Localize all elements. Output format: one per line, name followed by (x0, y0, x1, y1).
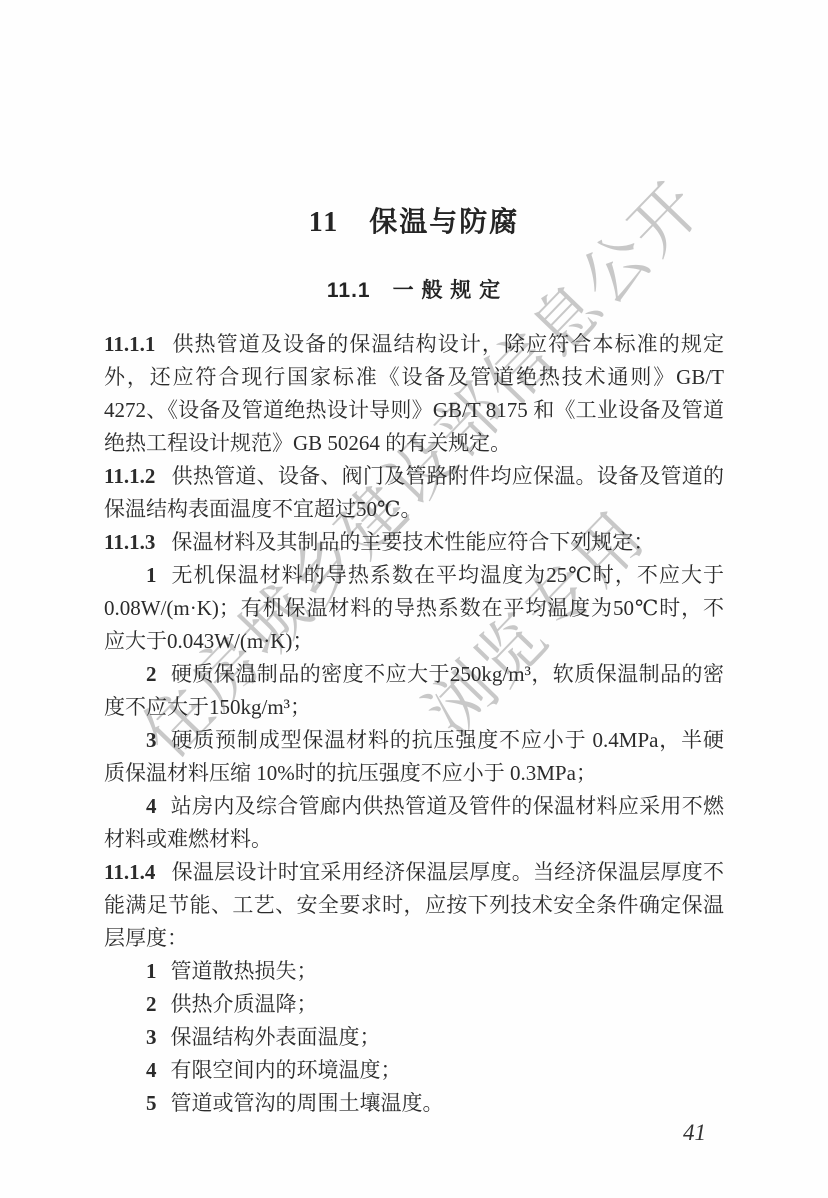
page-content: 11 保温与防腐 11.1 一 般 规 定 11.1.1供热管道及设备的保温结构… (104, 0, 724, 1120)
list-item: 3硬质预制成型保温材料的抗压强度不应小于 0.4MPa，半硬质保温材料压缩 10… (104, 724, 724, 790)
clause-number: 11.1.1 (104, 332, 155, 356)
list-item-number: 1 (146, 959, 157, 983)
list-item-text: 管道散热损失； (171, 959, 318, 983)
list-item-text: 供热介质温降； (171, 992, 318, 1016)
page-number: 41 (683, 1120, 706, 1146)
list-item-number: 1 (146, 563, 157, 587)
list-item: 4站房内及综合管廊内供热管道及管件的保温材料应采用不燃材料或难燃材料。 (104, 790, 724, 856)
clause-number: 11.1.4 (104, 860, 155, 884)
clause-11-1-2: 11.1.2供热管道、设备、阀门及管路附件均应保温。设备及管道的保温结构表面温度… (104, 460, 724, 526)
list-item: 2供热介质温降； (104, 988, 724, 1021)
list-item-number: 3 (146, 1025, 157, 1049)
clause-11-1-4: 11.1.4保温层设计时宜采用经济保温层厚度。当经济保温层厚度不能满足节能、工艺… (104, 856, 724, 955)
clause-number: 11.1.3 (104, 530, 155, 554)
clause-text: 供热管道及设备的保温结构设计，除应符合本标准的规定外，还应符合现行国家标准《设备… (104, 332, 724, 455)
clause-11-1-3: 11.1.3保温材料及其制品的主要技术性能应符合下列规定： (104, 526, 724, 559)
clause-text: 保温材料及其制品的主要技术性能应符合下列规定： (171, 530, 654, 554)
body-text: 11.1.1供热管道及设备的保温结构设计，除应符合本标准的规定外，还应符合现行国… (104, 328, 724, 1120)
clause-text: 保温层设计时宜采用经济保温层厚度。当经济保温层厚度不能满足节能、工艺、安全要求时… (104, 860, 724, 950)
list-item-number: 4 (146, 1058, 157, 1082)
list-item: 3保温结构外表面温度； (104, 1021, 724, 1054)
clause-11-1-1: 11.1.1供热管道及设备的保温结构设计，除应符合本标准的规定外，还应符合现行国… (104, 328, 724, 460)
list-item-number: 4 (146, 794, 157, 818)
list-item: 4有限空间内的环境温度； (104, 1054, 724, 1087)
list-item: 5管道或管沟的周围土壤温度。 (104, 1087, 724, 1120)
list-item-text: 站房内及综合管廊内供热管道及管件的保温材料应采用不燃材料或难燃材料。 (104, 794, 724, 851)
clause-text: 供热管道、设备、阀门及管路附件均应保温。设备及管道的保温结构表面温度不宜超过50… (104, 464, 724, 521)
section-title: 11.1 一 般 规 定 (104, 280, 724, 302)
document-page: 住房城乡建设部信息公开 浏览专用 11 保温与防腐 11.1 一 般 规 定 1… (0, 0, 828, 1198)
list-item: 2硬质保温制品的密度不应大于250kg/m³，软质保温制品的密度不应大于150k… (104, 658, 724, 724)
list-item-text: 管道或管沟的周围土壤温度。 (171, 1091, 444, 1115)
chapter-title: 11 保温与防腐 (104, 208, 724, 238)
list-item-number: 5 (146, 1091, 157, 1115)
list-item: 1无机保温材料的导热系数在平均温度为25℃时，不应大于0.08W/(m·K)；有… (104, 559, 724, 658)
list-item: 1管道散热损失； (104, 955, 724, 988)
list-item-number: 3 (146, 728, 157, 752)
list-item-text: 硬质预制成型保温材料的抗压强度不应小于 0.4MPa，半硬质保温材料压缩 10%… (104, 728, 724, 785)
list-item-text: 有限空间内的环境温度； (171, 1058, 402, 1082)
clause-number: 11.1.2 (104, 464, 155, 488)
list-item-text: 硬质保温制品的密度不应大于250kg/m³，软质保温制品的密度不应大于150kg… (104, 662, 724, 719)
list-item-number: 2 (146, 992, 157, 1016)
list-item-text: 保温结构外表面温度； (171, 1025, 381, 1049)
list-item-number: 2 (146, 662, 157, 686)
list-item-text: 无机保温材料的导热系数在平均温度为25℃时，不应大于0.08W/(m·K)；有机… (104, 563, 724, 653)
